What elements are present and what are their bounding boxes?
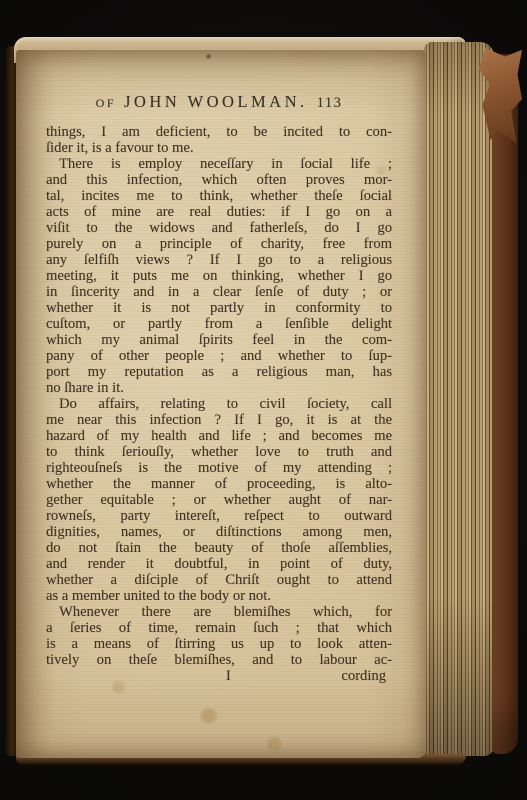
text-line: There is employ neceſſary in ſocial life… (46, 156, 392, 172)
text-line: whether the manner of proceeding, is alt… (46, 476, 392, 492)
text-line: things, I am deficient, to be incited to… (46, 124, 392, 140)
text-line: pany of other people ; and whether to ſu… (46, 348, 392, 364)
text-line: ſider it, is a favour to me. (46, 140, 392, 156)
text-line: rowneſs, party intereſt, reſpect to outw… (46, 508, 392, 524)
page-number: 113 (317, 95, 343, 111)
text-line: me near this infection ? If I go, it is … (46, 412, 392, 428)
text-line: a ſeries of time, remain ſuch ; that whi… (46, 620, 392, 636)
text-line: Whenever there are blemiſhes which, for (46, 604, 392, 620)
photo-background: OFJOHN WOOLMAN.113 things, I am deficien… (0, 0, 527, 800)
text-line: Do affairs, relating to civil ſociety, c… (46, 396, 392, 412)
text-line: tively on theſe blemiſhes, and to labour… (46, 652, 392, 668)
book-cover (492, 54, 518, 754)
text-line: righteouſneſs is the motive of my attend… (46, 460, 392, 476)
text-line: any ſelfiſh views ? If I go to a religio… (46, 252, 392, 268)
text-line: tal, incites me to think, whether theſe … (46, 188, 392, 204)
text-line: no ſhare in it. (46, 380, 392, 396)
header-title: JOHN WOOLMAN. (124, 92, 308, 111)
text-line: port my reputation as a religious man, h… (46, 364, 392, 380)
text-line: dignities, names, or diſtinctions among … (46, 524, 392, 540)
text-line: gether equitable ; or whether aught of n… (46, 492, 392, 508)
page-header: OFJOHN WOOLMAN.113 (46, 92, 392, 112)
text-line: cuſtom, or partly from a ſenſible deligh… (46, 316, 392, 332)
text-line: and render it doubtful, in point of duty… (46, 556, 392, 572)
text-block: OFJOHN WOOLMAN.113 things, I am deficien… (46, 92, 392, 684)
text-line: do not ſtain the beauty of thoſe aſſembl… (46, 540, 392, 556)
text-line: as a member united to the body or not. (46, 588, 392, 604)
text-line: which my animal ſpirits feel in the com- (46, 332, 392, 348)
signature-line: I cording (46, 668, 392, 684)
text-line: in ſincerity and in a clear ſenſe of dut… (46, 284, 392, 300)
text-line: to think ſeriouſly, whether love to trut… (46, 444, 392, 460)
text-line: and this infection, which often proves m… (46, 172, 392, 188)
text-line: purely on a principle of charity, free f… (46, 236, 392, 252)
book: OFJOHN WOOLMAN.113 things, I am deficien… (0, 0, 527, 800)
header-of: OF (96, 96, 116, 110)
page-fore-edges (424, 42, 494, 756)
book-page: OFJOHN WOOLMAN.113 things, I am deficien… (16, 50, 426, 758)
text-line: hazard of my health and life ; and becom… (46, 428, 392, 444)
signature-mark: I (226, 668, 231, 684)
text-line: whether it is not partly in conformity t… (46, 300, 392, 316)
text-line: acts of mine are real duties: if I go on… (46, 204, 392, 220)
text-line: whether a diſciple of Chriſt ought to at… (46, 572, 392, 588)
text-line: is a means of ſtirring us up to look att… (46, 636, 392, 652)
text-line: meeting, it puts me on thinking, whether… (46, 268, 392, 284)
catchword: cording (341, 668, 386, 684)
text-line: viſit to the widows and fatherleſs, do I… (46, 220, 392, 236)
